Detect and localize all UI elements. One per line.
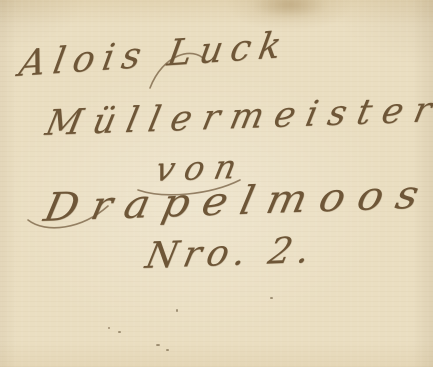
ink-speck [156, 344, 160, 346]
name-line: Alois Luck [16, 25, 292, 85]
ink-speck [166, 349, 169, 351]
ink-speck [118, 331, 121, 333]
ink-speck [176, 309, 178, 312]
occupation-line: Müllermeister [42, 90, 433, 144]
aged-paper-page: Alois Luck Müllermeister von Drapelmoos … [0, 0, 433, 367]
place-line: Drapelmoos [40, 172, 433, 231]
house-number-line: Nro. 2. [142, 230, 320, 277]
ink-speck [108, 327, 110, 329]
ink-speck [270, 297, 273, 299]
stain [252, 0, 326, 18]
